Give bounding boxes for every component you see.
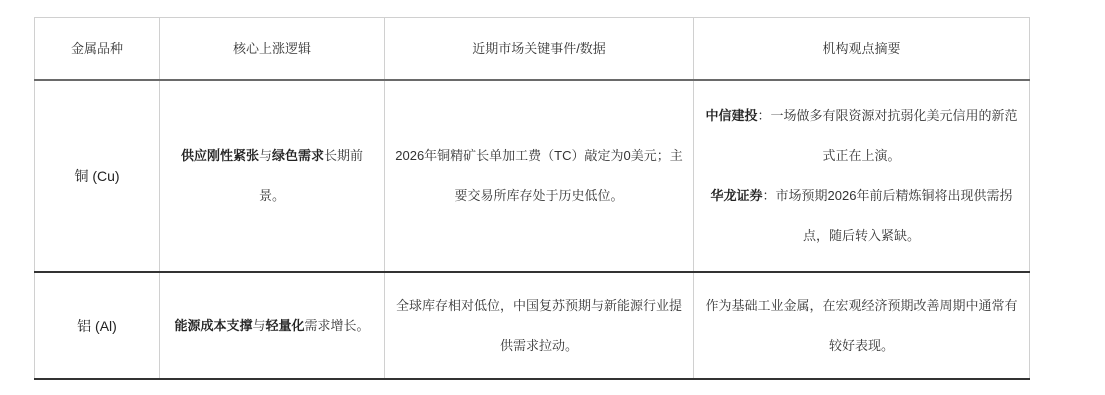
institution-name: 华龙证券 <box>711 188 763 203</box>
table-row-aluminum: 铝 (Al) 能源成本支撑与轻量化需求增长。 全球库存相对低位，中国复苏预期与新… <box>35 272 1030 379</box>
logic-text: 需求增长。 <box>305 318 370 333</box>
logic-text: 与 <box>252 318 265 333</box>
recent-events-cell: 全球库存相对低位，中国复苏预期与新能源行业提供需求拉动。 <box>385 272 694 379</box>
logic-text: 与 <box>259 148 272 163</box>
metal-name-cell: 铝 (Al) <box>35 272 160 379</box>
logic-bold-text: 能源成本支撑 <box>174 318 252 333</box>
institution-view-text: ：一场做多有限资源对抗弱化美元信用的新范式正在上演。 <box>758 108 1018 163</box>
table-header: 金属品种 核心上涨逻辑 近期市场关键事件/数据 机构观点摘要 <box>35 18 1030 81</box>
institution-view: 中信建投：一场做多有限资源对抗弱化美元信用的新范式正在上演。 <box>704 96 1019 176</box>
header-institution-views: 机构观点摘要 <box>694 18 1030 81</box>
core-logic-cell: 能源成本支撑与轻量化需求增长。 <box>160 272 385 379</box>
recent-events-cell: 2026年铜精矿长单加工费（TC）敲定为0美元；主要交易所库存处于历史低位。 <box>385 80 694 272</box>
institution-views-cell: 中信建投：一场做多有限资源对抗弱化美元信用的新范式正在上演。 华龙证券：市场预期… <box>694 80 1030 272</box>
header-core-logic: 核心上涨逻辑 <box>160 18 385 81</box>
institution-views-cell: 作为基础工业金属，在宏观经济预期改善周期中通常有较好表现。 <box>694 272 1030 379</box>
metals-comparison-table: 金属品种 核心上涨逻辑 近期市场关键事件/数据 机构观点摘要 铜 (Cu) 供应… <box>34 17 1030 380</box>
header-recent-events: 近期市场关键事件/数据 <box>385 18 694 81</box>
header-row: 金属品种 核心上涨逻辑 近期市场关键事件/数据 机构观点摘要 <box>35 18 1030 81</box>
institution-view: 华龙证券：市场预期2026年前后精炼铜将出现供需拐点，随后转入紧缺。 <box>704 176 1019 256</box>
metal-name-cell: 铜 (Cu) <box>35 80 160 272</box>
institution-view-text: ：市场预期2026年前后精炼铜将出现供需拐点，随后转入紧缺。 <box>763 188 1013 243</box>
institution-name: 中信建投 <box>705 108 757 123</box>
logic-bold-text: 轻量化 <box>266 318 305 333</box>
logic-bold-text: 绿色需求 <box>272 148 324 163</box>
institution-view: 作为基础工业金属，在宏观经济预期改善周期中通常有较好表现。 <box>704 286 1019 366</box>
table-row-copper: 铜 (Cu) 供应刚性紧张与绿色需求长期前景。 2026年铜精矿长单加工费（TC… <box>35 80 1030 272</box>
core-logic-cell: 供应刚性紧张与绿色需求长期前景。 <box>160 80 385 272</box>
logic-bold-text: 供应刚性紧张 <box>181 148 259 163</box>
header-metal-type: 金属品种 <box>35 18 160 81</box>
table-body: 铜 (Cu) 供应刚性紧张与绿色需求长期前景。 2026年铜精矿长单加工费（TC… <box>35 80 1030 379</box>
institution-view-text: 作为基础工业金属，在宏观经济预期改善周期中通常有较好表现。 <box>705 298 1017 353</box>
